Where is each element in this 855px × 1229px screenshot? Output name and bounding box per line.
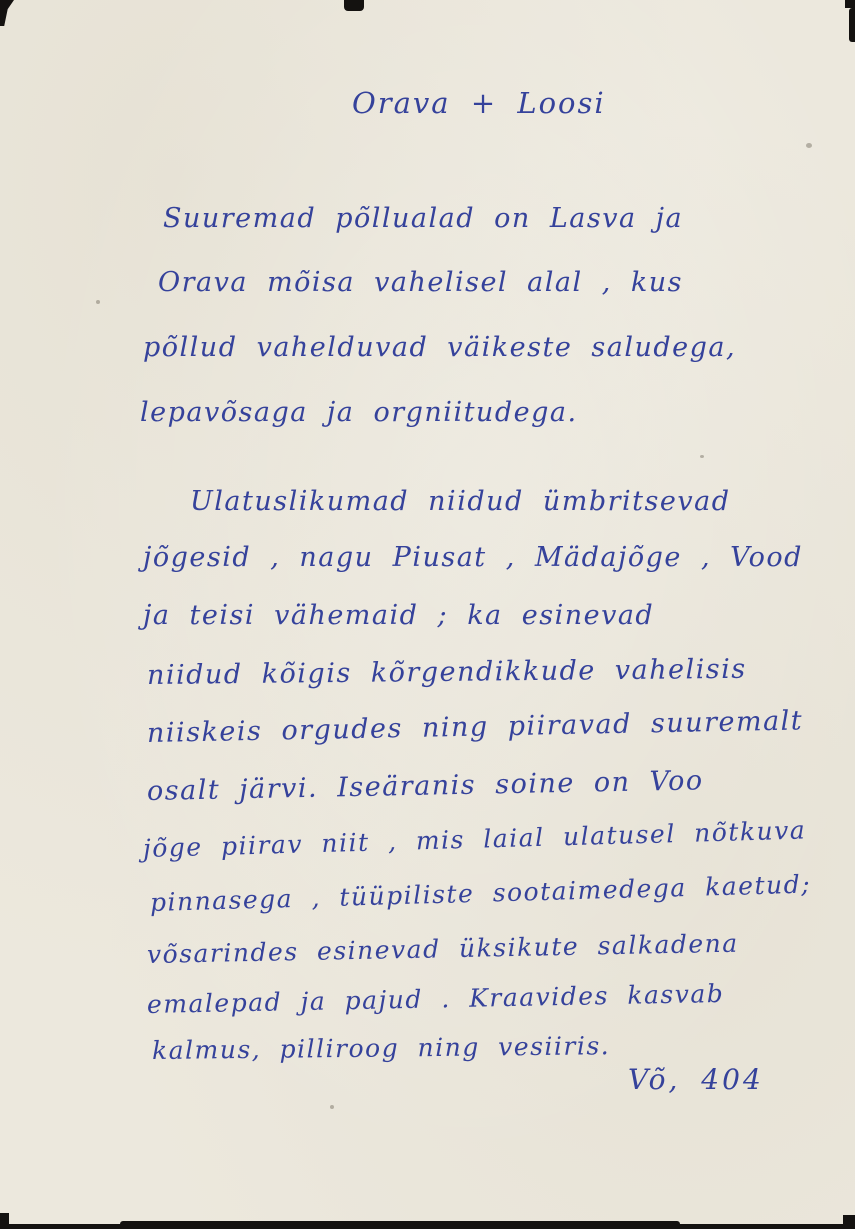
paper-speck [806, 143, 812, 148]
paper-speck [330, 1105, 334, 1109]
scan-artifact-bottom-edge-thick [120, 1221, 680, 1229]
scanned-handwritten-page: Orava + Loosi Suuremad põllualad on Lasv… [0, 0, 855, 1229]
signature-reference: Võ, 404 [628, 1063, 764, 1096]
handwritten-line: kalmus, pilliroog ning vesiiris. [152, 1031, 610, 1065]
handwritten-line: niidud kõigis kõrgendikkude vahelisis [147, 654, 747, 691]
handwritten-line: Suuremad põllualad on Lasva ja [163, 203, 683, 234]
handwritten-line: Ulatuslikumad niidud ümbritsevad [190, 486, 731, 517]
handwritten-line: ja teisi vähemaid ; ka esinevad [143, 600, 654, 631]
scan-artifact-corner-top-right [845, 0, 855, 8]
handwritten-line: emalepad ja pajud . Kraavides kasvab [147, 979, 725, 1019]
paper-speck [96, 300, 100, 304]
handwritten-line: jõgesid , nagu Piusat , Mädajõge , Vood [143, 542, 803, 573]
handwritten-line: Orava mõisa vahelisel alal , kus [158, 267, 683, 298]
handwritten-line: lepavõsaga ja orgniitudega. [140, 397, 578, 428]
scan-artifact-top-edge [344, 0, 364, 11]
handwritten-line: põllud vahelduvad väikeste saludega, [143, 332, 736, 363]
handwritten-line: võsarindes esinevad üksikute salkadena [147, 929, 739, 969]
scan-artifact-corner-bottom-right [843, 1215, 855, 1229]
scan-artifact-corner-top-left [0, 0, 14, 26]
handwritten-line: osalt järvi. Iseäranis soine on Voo [147, 765, 704, 807]
scan-artifact-corner-bottom-left [0, 1213, 9, 1229]
paper-speck [700, 455, 704, 458]
page-title: Orava + Loosi [352, 86, 606, 120]
scan-artifact-right-edge [849, 8, 855, 42]
handwritten-line: niiskeis orgudes ning piiravad suuremalt [147, 705, 804, 749]
handwritten-line: pinnasega , tüüpiliste sootaimedega kaet… [150, 870, 812, 917]
handwritten-line: jõge piirav niit , mis laial ulatusel nõ… [143, 815, 807, 863]
